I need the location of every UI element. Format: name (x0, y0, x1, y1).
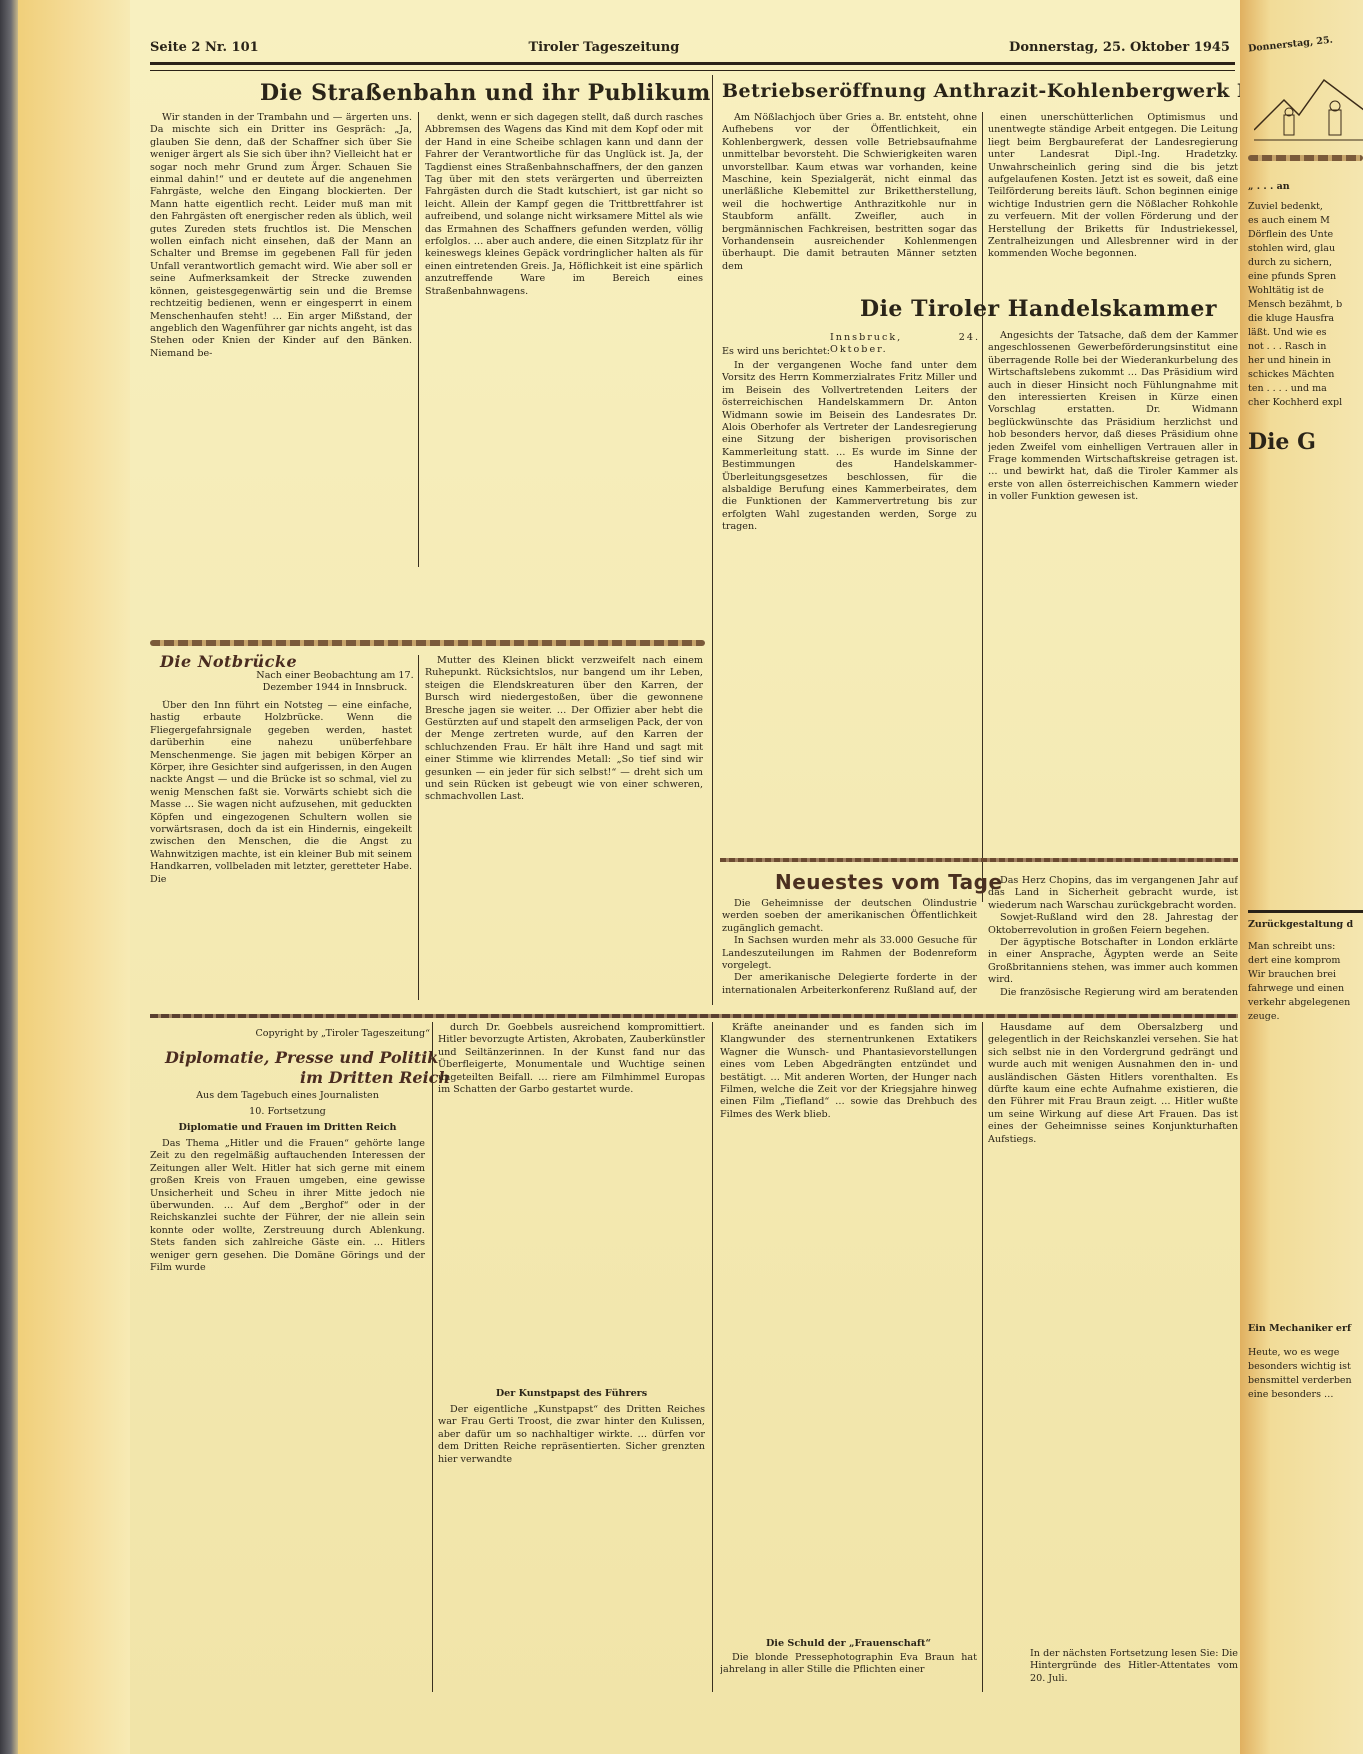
headline-neuestes: Neuestes vom Tage (775, 870, 1003, 894)
handelskammer-lead: Es wird uns berichtet: (722, 346, 972, 358)
diplomatie-subtitle: Aus dem Tagebuch eines Journalisten (150, 1090, 425, 1102)
diplomatie-col4: Hausdame auf dem Obersalzberg und gelege… (988, 1022, 1238, 1642)
handelskammer-col2: Angesichts der Tatsache, daß dem der Kam… (988, 330, 1238, 845)
notbruecke-col2: Mutter des Kleinen blickt verzweifelt na… (425, 655, 703, 1000)
facing-page-date: Donnerstag, 25. (1248, 34, 1334, 57)
column-divider (982, 112, 983, 902)
snippet-line: cher Kochherd expl (1248, 396, 1342, 410)
ornamental-rule (150, 640, 705, 646)
snippet-line: Mensch bezähmt, b (1248, 298, 1342, 312)
column-divider (982, 1022, 983, 1692)
snippet-line: schickes Mächten (1248, 368, 1334, 382)
column-divider (418, 112, 419, 567)
snippet-line: Wir brauchen brei (1248, 968, 1336, 982)
strassenbahn-col2: denkt, wenn er sich dagegen stellt, daß … (425, 112, 703, 562)
dotted-rule (150, 1014, 1238, 1018)
headline-handelskammer: Die Tiroler Handelskammer (860, 296, 1217, 322)
facing-heading-4: Ein Mechaniker erf (1248, 1322, 1351, 1336)
mountain-church-illustration (1254, 70, 1363, 150)
snippet-line: es auch einem M (1248, 214, 1330, 228)
kunstpapst-heading: Der Kunstpapst des Führers (438, 1388, 705, 1400)
snippet-line: dert eine komprom (1248, 954, 1340, 968)
snippet-line: Heute, wo es wege (1248, 1346, 1339, 1360)
facing-heading-3: Zurückgestaltung d (1248, 918, 1353, 932)
snippet-line: Dörflein des Unte (1248, 228, 1333, 242)
masthead: Seite 2 Nr. 101 Tiroler Tageszeitung Don… (150, 40, 1230, 55)
snippet-line: besonders wichtig ist (1248, 1360, 1351, 1374)
page-margin (18, 0, 133, 1754)
notbruecke-subtitle: Nach einer Beobachtung am 17. Dezember 1… (255, 670, 415, 696)
headline-diplomatie-2: im Dritten Reich (300, 1068, 450, 1087)
snippet-line: zeuge. (1248, 1010, 1279, 1024)
strassenbahn-col1: Wir standen in der Trambahn und — ärgert… (150, 112, 412, 562)
diplomatie-col1: Das Thema „Hitler und die Frauen“ gehört… (150, 1138, 425, 1698)
handelskammer-col1: In der vergangenen Woche fand unter dem … (722, 360, 977, 845)
diplomatie-col2b: Der eigentliche „Kunstpapst“ des Dritten… (438, 1404, 705, 1694)
notbruecke-col1: Über den Inn führt ein Notsteg — eine ei… (150, 700, 412, 995)
masthead-rule (150, 62, 1235, 71)
frauenschaft-heading: Die Schuld der „Frauenschaft“ (720, 1638, 977, 1650)
copyright-line: Copyright by „Tiroler Tageszeitung“ (230, 1028, 430, 1040)
diplomatie-section: Diplomatie und Frauen im Dritten Reich (150, 1122, 425, 1134)
snippet-line: die kluge Hausfra (1248, 312, 1334, 326)
diplomatie-col3: Kräfte aneinander und es fanden sich im … (720, 1022, 977, 1634)
snippet-line: verkehr abgelegenen (1248, 996, 1350, 1010)
column-divider (418, 655, 419, 1000)
column-divider (432, 1022, 433, 1692)
headline-notbruecke: Die Notbrücke (160, 652, 297, 671)
snippet-line: fahrwege und einen (1248, 982, 1344, 996)
headline-diplomatie-1: Diplomatie, Presse und Politik (165, 1048, 438, 1067)
diplomatie-col2: durch Dr. Goebbels ausreichend kompromit… (438, 1022, 705, 1372)
diplomatie-col3b: Die blonde Pressephotographin Eva Braun … (720, 1652, 977, 1682)
snippet-line: läßt. Und wie es (1248, 326, 1326, 340)
facing-page: Donnerstag, 25. „ . . . an Zuviel bedenk… (1240, 0, 1363, 1754)
column-divider (712, 1022, 713, 1692)
snippet-line: ten . . . . und ma (1248, 382, 1327, 396)
rule (1248, 910, 1363, 913)
page-number: Seite 2 Nr. 101 (150, 40, 259, 55)
snippet-line: bensmittel verderben (1248, 1374, 1352, 1388)
snippet-line: her und hinein in (1248, 354, 1331, 368)
facing-headline: Die G (1248, 435, 1316, 449)
book-binding (0, 0, 18, 1754)
ornamental-rule (1248, 155, 1363, 161)
dotted-rule (720, 858, 1238, 862)
neuestes-col2: Das Herz Chopins, das im vergangenen Jah… (988, 875, 1238, 1000)
snippet-line: Wohltätig ist de (1248, 284, 1324, 298)
newspaper-name: Tiroler Tageszeitung (528, 40, 679, 55)
diplomatie-installment: 10. Fortsetzung (150, 1106, 425, 1118)
snippet-line: Zuviel bedenkt, (1248, 200, 1323, 214)
snippet-line: eine pfunds Spren (1248, 270, 1336, 284)
snippet-line: not . . . Rasch in (1248, 340, 1326, 354)
neuestes-col1: Die Geheimnisse der deutschen Ölindustri… (722, 898, 977, 998)
headline-strassenbahn: Die Straßenbahn und ihr Publikum (260, 80, 711, 106)
snippet-line: Man schreibt uns: (1248, 940, 1335, 954)
snippet-line: durch zu sichern, (1248, 256, 1332, 270)
snippet-line: stohlen wird, glau (1248, 242, 1335, 256)
next-installment-note: In der nächsten Fortsetzung lesen Sie: D… (1030, 1648, 1238, 1685)
nosslachjoch-col2: einen unerschütterlichen Optimismus und … (988, 112, 1238, 282)
snippet-line: eine besonders … (1248, 1388, 1333, 1402)
nosslachjoch-col1: Am Nößlachjoch über Gries a. Br. entsteh… (722, 112, 977, 282)
section-divider (712, 75, 713, 1005)
issue-date: Donnerstag, 25. Oktober 1945 (1009, 40, 1230, 55)
snippet-heading: „ . . . an (1248, 180, 1290, 194)
